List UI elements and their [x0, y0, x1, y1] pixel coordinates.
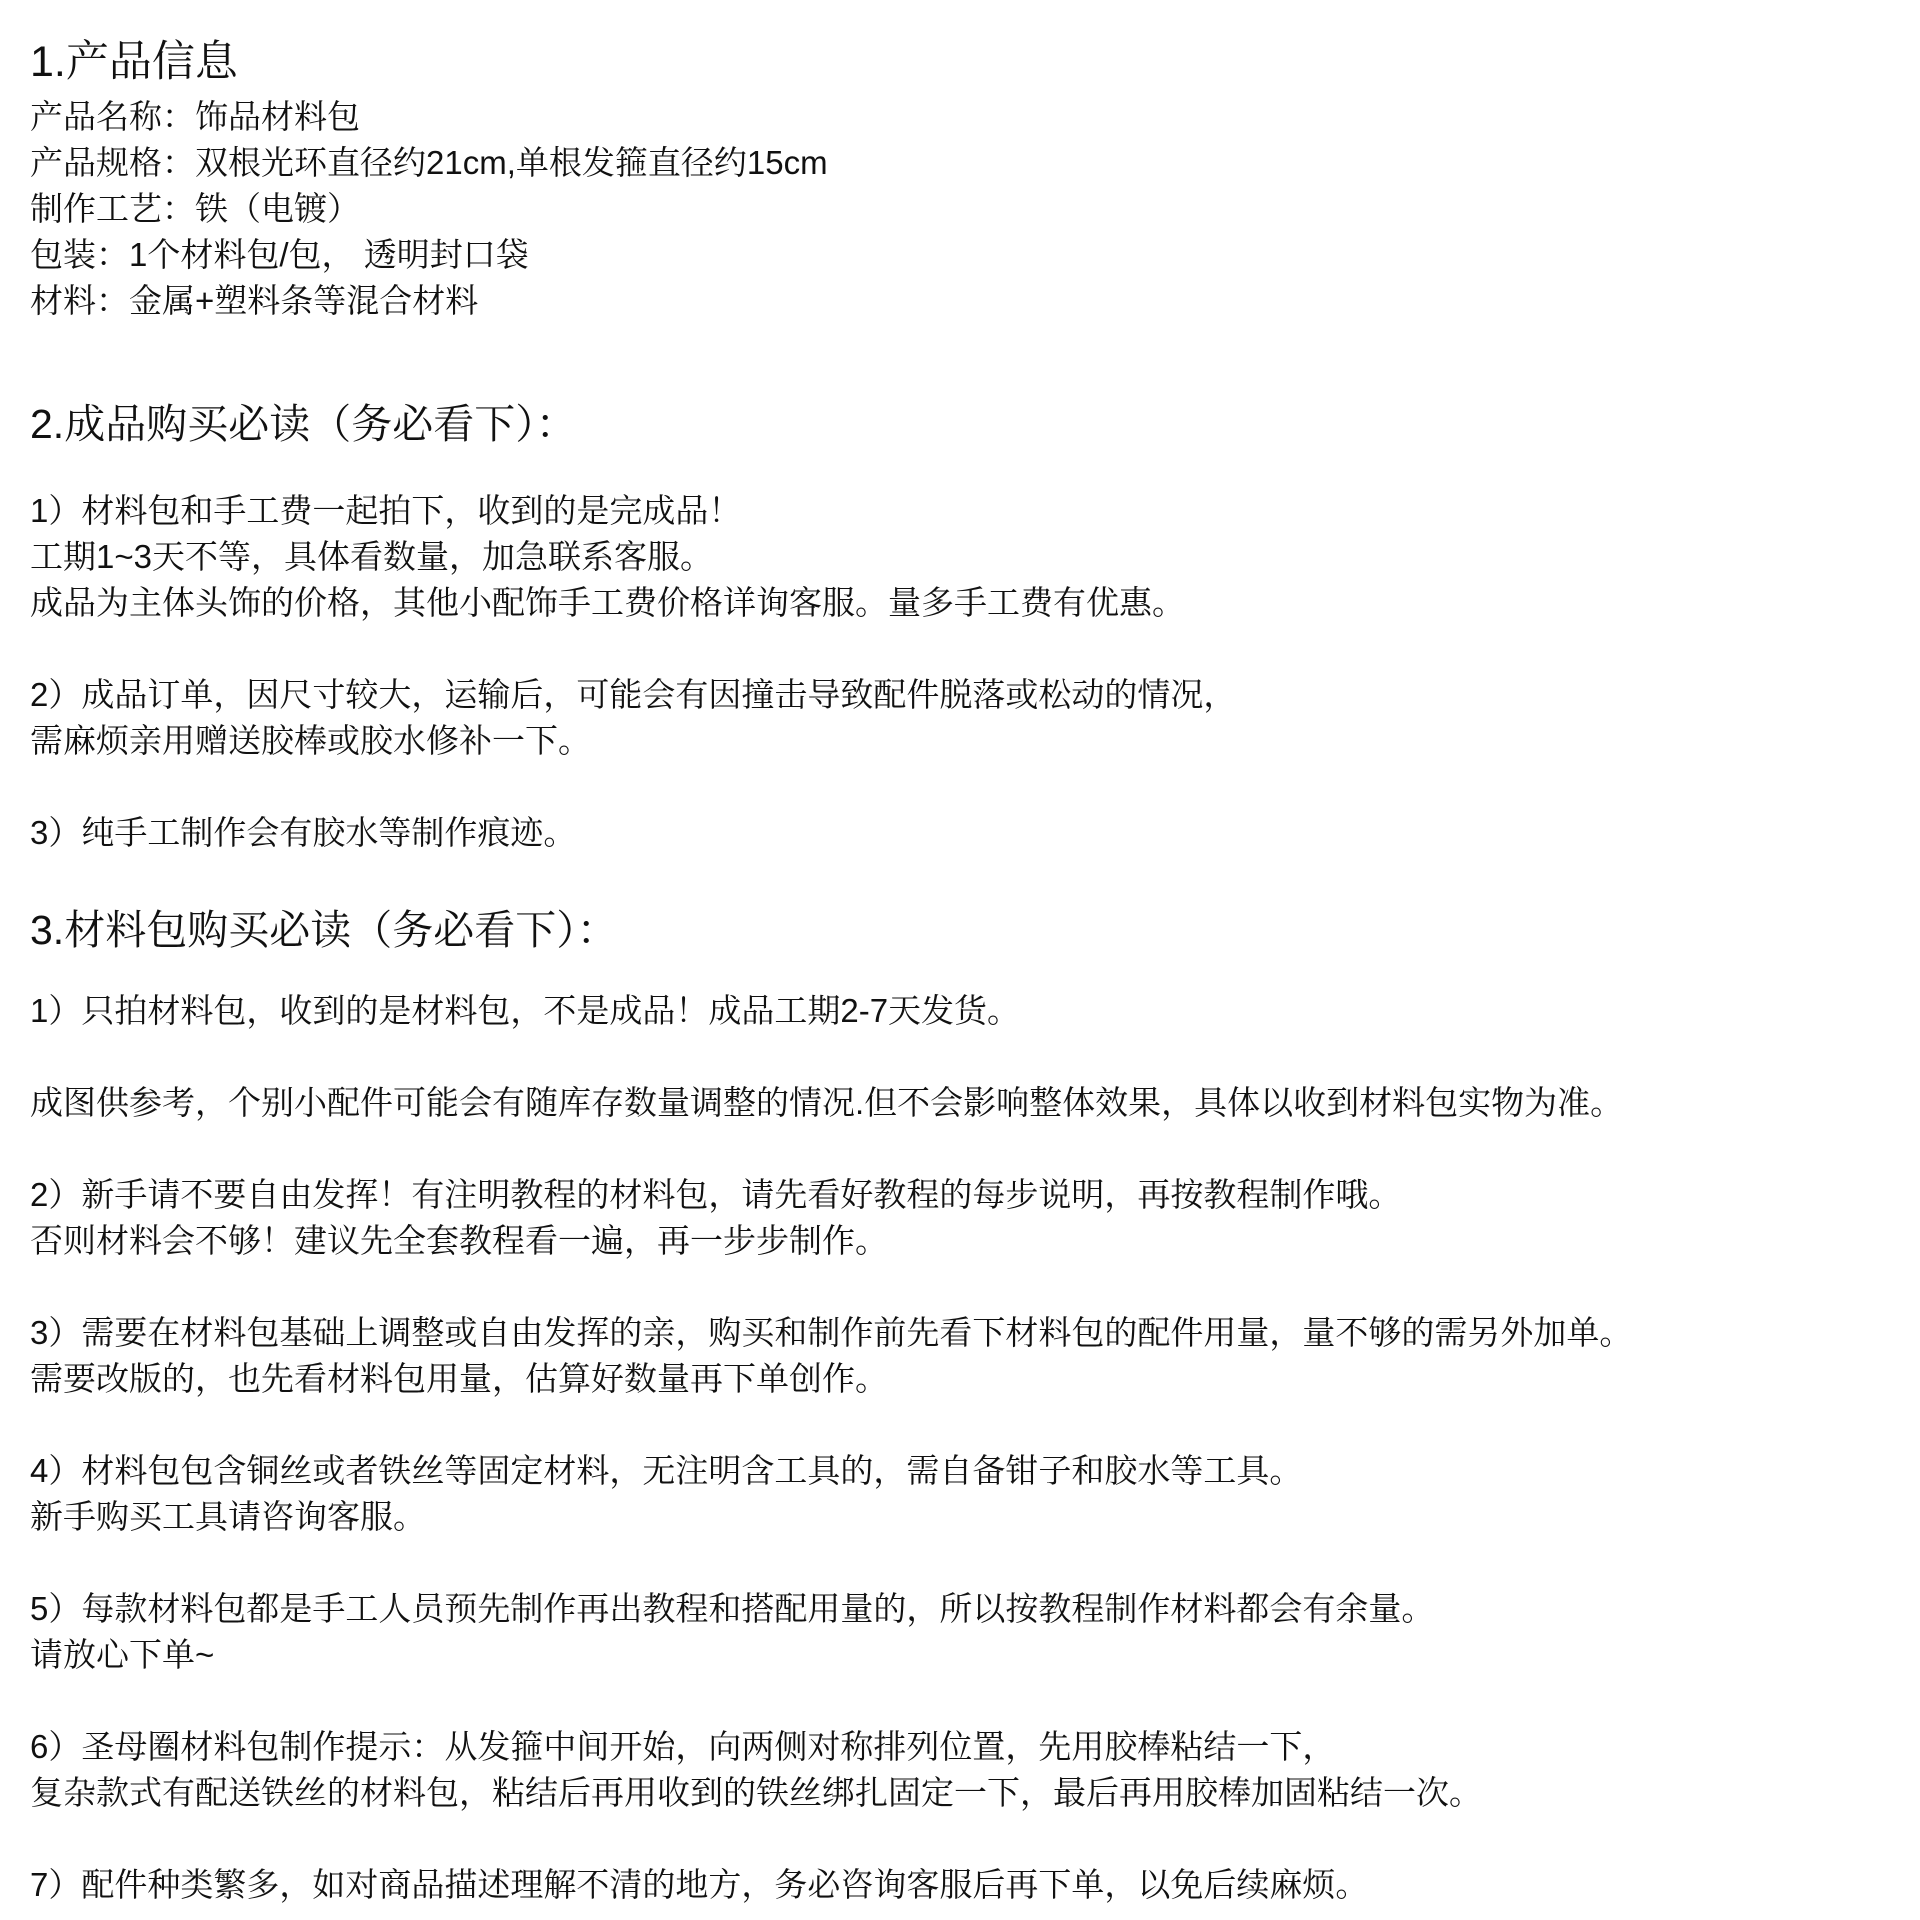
product-spec-line: 产品规格：双根光环直径约21cm,单根发箍直径约15cm — [30, 140, 828, 186]
text-line: 请放心下单~ — [30, 1632, 1434, 1678]
product-description-document: 1.产品信息 产品名称：饰品材料包 产品规格：双根光环直径约21cm,单根发箍直… — [0, 0, 1920, 1908]
finished-note-2: 2）成品订单，因尺寸较大，运输后，可能会有因撞击导致配件脱落或松动的情况， 需麻… — [30, 672, 1236, 764]
text-line: 3）纯手工制作会有胶水等制作痕迹。 — [30, 810, 576, 856]
text-line: 7）配件种类繁多，如对商品描述理解不清的地方，务必咨询客服后再下单，以免后续麻烦… — [30, 1862, 1368, 1908]
finished-note-3: 3）纯手工制作会有胶水等制作痕迹。 — [30, 810, 576, 856]
text-line: 成图供参考，个别小配件可能会有随库存数量调整的情况.但不会影响整体效果，具体以收… — [30, 1080, 1623, 1126]
material-note-1b: 成图供参考，个别小配件可能会有随库存数量调整的情况.但不会影响整体效果，具体以收… — [30, 1080, 1623, 1126]
text-line: 需要改版的，也先看材料包用量，估算好数量再下单创作。 — [30, 1356, 1632, 1402]
material-note-4: 4）材料包包含铜丝或者铁丝等固定材料，无注明含工具的，需自备钳子和胶水等工具。 … — [30, 1448, 1302, 1540]
text-line: 4）材料包包含铜丝或者铁丝等固定材料，无注明含工具的，需自备钳子和胶水等工具。 — [30, 1448, 1302, 1494]
text-line: 需麻烦亲用赠送胶棒或胶水修补一下。 — [30, 718, 1236, 764]
finished-note-1: 1）材料包和手工费一起拍下，收到的是完成品！ 工期1~3天不等，具体看数量，加急… — [30, 488, 1185, 626]
text-line: 1）只拍材料包，收到的是材料包，不是成品！成品工期2-7天发货。 — [30, 988, 1020, 1034]
material-note-3: 3）需要在材料包基础上调整或自由发挥的亲，购买和制作前先看下材料包的配件用量，量… — [30, 1310, 1632, 1402]
text-line: 成品为主体头饰的价格，其他小配饰手工费价格详询客服。量多手工费有优惠。 — [30, 580, 1185, 626]
product-name-line: 产品名称：饰品材料包 — [30, 94, 828, 140]
product-info-block: 产品名称：饰品材料包 产品规格：双根光环直径约21cm,单根发箍直径约15cm … — [30, 94, 828, 324]
product-packaging-line: 包装：1个材料包/包， 透明封口袋 — [30, 232, 828, 278]
text-line: 复杂款式有配送铁丝的材料包，粘结后再用收到的铁丝绑扎固定一下，最后再用胶棒加固粘… — [30, 1770, 1482, 1816]
product-craft-line: 制作工艺：铁（电镀） — [30, 186, 828, 232]
material-note-2: 2）新手请不要自由发挥！有注明教程的材料包，请先看好教程的每步说明，再按教程制作… — [30, 1172, 1401, 1264]
section-finished-product-heading: 2.成品购买必读（务必看下）： — [30, 396, 577, 452]
text-line: 工期1~3天不等，具体看数量，加急联系客服。 — [30, 534, 1185, 580]
material-note-1: 1）只拍材料包，收到的是材料包，不是成品！成品工期2-7天发货。 — [30, 988, 1020, 1034]
text-line: 3）需要在材料包基础上调整或自由发挥的亲，购买和制作前先看下材料包的配件用量，量… — [30, 1310, 1632, 1356]
material-note-7: 7）配件种类繁多，如对商品描述理解不清的地方，务必咨询客服后再下单，以免后续麻烦… — [30, 1862, 1368, 1908]
text-line: 2）新手请不要自由发挥！有注明教程的材料包，请先看好教程的每步说明，再按教程制作… — [30, 1172, 1401, 1218]
product-material-line: 材料：金属+塑料条等混合材料 — [30, 278, 828, 324]
section-material-pack-heading: 3.材料包购买必读（务必看下）： — [30, 902, 618, 958]
text-line: 新手购买工具请咨询客服。 — [30, 1494, 1302, 1540]
material-note-5: 5）每款材料包都是手工人员预先制作再出教程和搭配用量的，所以按教程制作材料都会有… — [30, 1586, 1434, 1678]
text-line: 2）成品订单，因尺寸较大，运输后，可能会有因撞击导致配件脱落或松动的情况， — [30, 672, 1236, 718]
section-product-info-heading: 1.产品信息 — [30, 36, 238, 88]
text-line: 1）材料包和手工费一起拍下，收到的是完成品！ — [30, 488, 1185, 534]
material-note-6: 6）圣母圈材料包制作提示：从发箍中间开始，向两侧对称排列位置，先用胶棒粘结一下，… — [30, 1724, 1482, 1816]
text-line: 否则材料会不够！建议先全套教程看一遍，再一步步制作。 — [30, 1218, 1401, 1264]
text-line: 5）每款材料包都是手工人员预先制作再出教程和搭配用量的，所以按教程制作材料都会有… — [30, 1586, 1434, 1632]
text-line: 6）圣母圈材料包制作提示：从发箍中间开始，向两侧对称排列位置，先用胶棒粘结一下， — [30, 1724, 1482, 1770]
